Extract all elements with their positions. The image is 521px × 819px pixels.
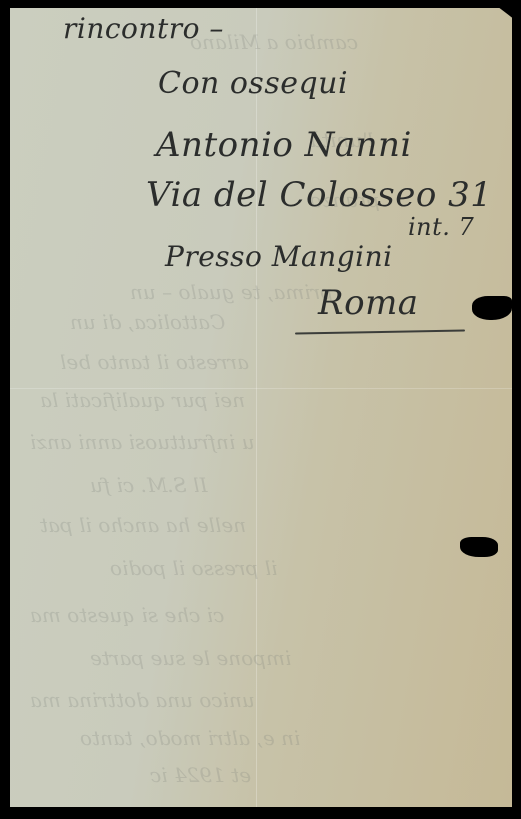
bleed-text: nei pur qualificati la	[40, 388, 245, 412]
bleed-text: unico una dottrina ma	[30, 688, 255, 712]
bleed-text: prima, te gualo – un	[130, 280, 333, 304]
handwritten-line-6: Presso Mangini	[165, 240, 393, 273]
bleed-text: in e, altri modo, tanto	[80, 726, 300, 750]
handwritten-line-2: Con ossequi	[158, 66, 348, 101]
letter-page: cambio a Milano l'unità pranzo prima, te…	[10, 8, 512, 807]
bleed-text: il presso il podio	[110, 556, 278, 580]
bleed-text: nelle ha ancho il pat	[40, 513, 246, 537]
paper-tear-hole	[472, 296, 512, 320]
bleed-text: impone le sue parte	[90, 646, 291, 670]
handwritten-line-1: rincontro –	[63, 12, 224, 45]
signature-underline	[295, 330, 465, 335]
bleed-text: et 1924 ic	[150, 763, 251, 787]
handwritten-line-7: Roma	[318, 283, 419, 323]
bleed-text: arresto il tanto bel	[60, 350, 249, 374]
handwritten-line-5: int. 7	[408, 213, 474, 241]
bleed-text: Il S.M. ci fu	[90, 473, 207, 497]
bleed-text: ci che si questo ma	[30, 603, 224, 627]
handwritten-line-4: Via del Colosseo 31	[146, 175, 492, 215]
bleed-text: u infruttuosi anni anzi	[30, 430, 255, 454]
paper-tear-hole	[460, 537, 498, 557]
bleed-text: Cattolica, di un	[70, 310, 225, 334]
handwritten-line-3: Antonio Nanni	[156, 125, 412, 165]
